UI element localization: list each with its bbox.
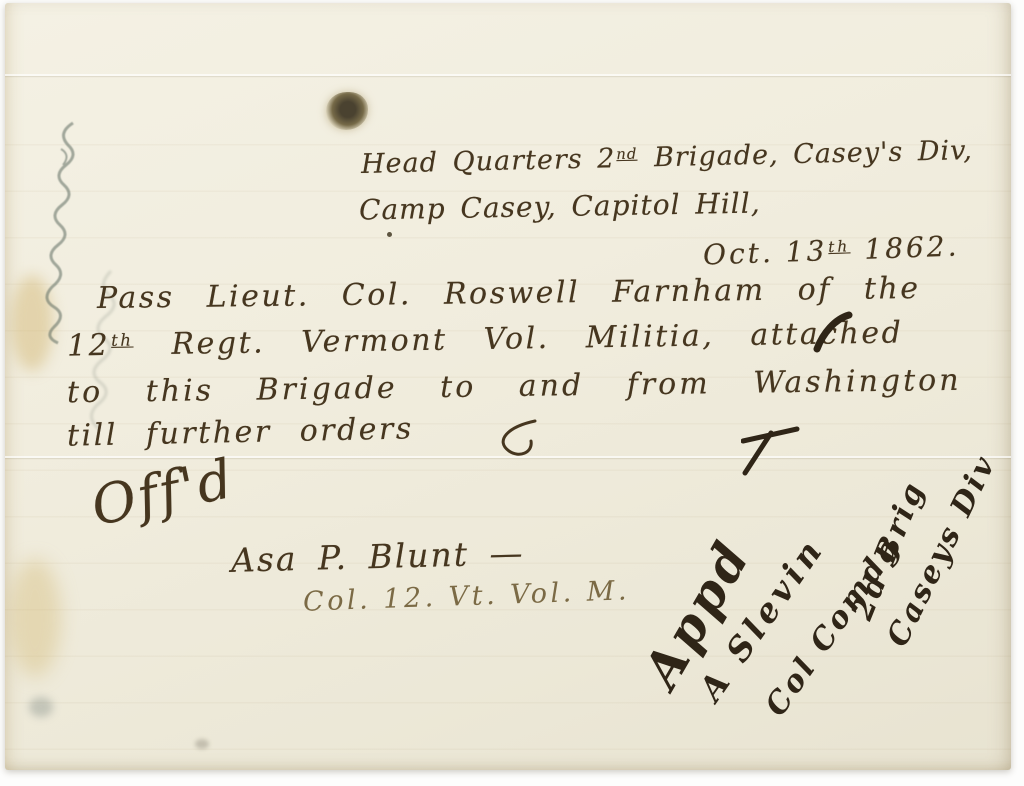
orders-flourish — [473, 417, 553, 467]
superscript-nd: nd — [616, 145, 637, 163]
marginal-scribble — [39, 119, 103, 359]
body-line-1: Pass Lieut. Col. Roswell Farnham of the — [97, 271, 921, 316]
superscript-th-2: th — [111, 330, 134, 349]
document-page: Head Quarters 2nd Brigade, Casey's Div, … — [5, 3, 1011, 770]
body-line-2: 12th Regt. Vermont Vol. Militia, attache… — [67, 315, 904, 363]
scan-canvas: Head Quarters 2nd Brigade, Casey's Div, … — [0, 0, 1024, 786]
header-line-2: Camp Casey, Capitol Hill, — [359, 186, 761, 226]
header-line-1: Head Quarters 2nd Brigade, Casey's Div, — [361, 135, 973, 180]
ink-stain-spot — [326, 92, 368, 130]
signature-name: Asa P. Blunt — — [231, 533, 525, 580]
body-line-4: till further orders — [67, 411, 414, 453]
body-line-3: to this Brigade to and from Washington — [67, 363, 962, 410]
paper-stain-left-lower — [9, 559, 61, 677]
docket-abbreviation: Off'd — [86, 447, 240, 538]
paper-stain-left-upper — [11, 275, 53, 371]
fold-crease-top — [5, 74, 1011, 76]
body-line-2-rest: Regt. Vermont Vol. Militia, attached — [135, 315, 903, 362]
signature-title: Col. 12. Vt. Vol. M. — [303, 575, 631, 617]
date-line: Oct. 13th 1862. — [703, 230, 960, 272]
date-month: Oct. 13 — [703, 234, 828, 271]
smudge-bottom-left — [29, 697, 53, 717]
endorsement-flourish-cross — [741, 425, 803, 477]
ink-speck — [387, 232, 392, 237]
regiment-number: 12 — [67, 328, 111, 364]
fold-crease-middle — [5, 456, 1011, 458]
smudge-bottom — [195, 739, 209, 749]
superscript-th: th — [828, 237, 851, 256]
date-year: 1862. — [852, 230, 960, 267]
header-line-1-rest: Brigade, Casey's Div, — [639, 135, 973, 174]
header-line-1-text: Head Quarters 2 — [361, 143, 616, 180]
